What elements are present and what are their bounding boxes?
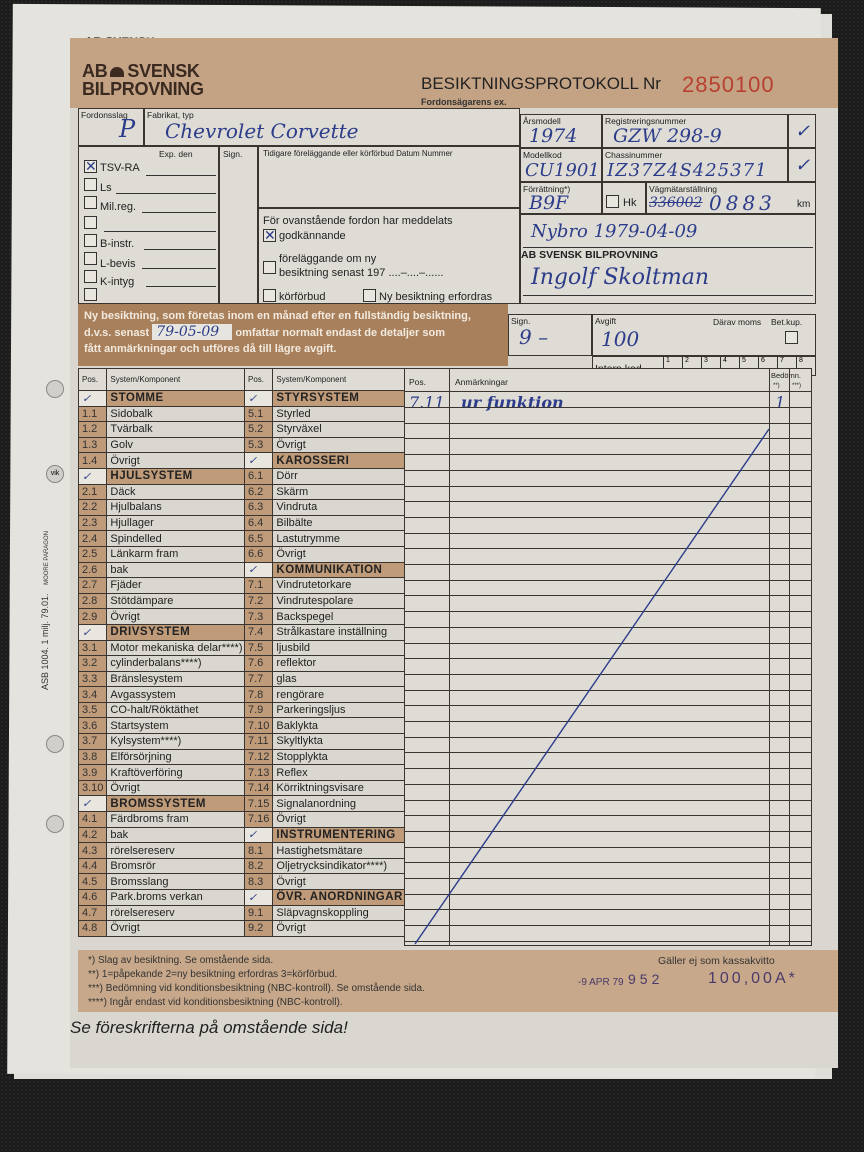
group-check-cell[interactable]: ✓ xyxy=(79,796,107,812)
component-row[interactable]: 7.15Signalanordning xyxy=(245,796,407,812)
underline xyxy=(146,175,216,176)
hk-label: Hk xyxy=(623,197,636,209)
component-label: Bromsslang xyxy=(107,874,246,890)
component-row[interactable]: 7.2Vindrutespolare xyxy=(245,593,407,609)
notice-line-3: fått anmärkningar och utföres då till lä… xyxy=(84,341,502,357)
pos-header: Pos. xyxy=(79,369,107,391)
form-title: BESIKTNINGSPROTOKOLL Nr xyxy=(421,74,661,94)
component-row[interactable]: 6.5Lastutrymme xyxy=(245,531,407,547)
position-cell[interactable]: 2.6 xyxy=(79,562,107,578)
tsv-ra-label: TSV-RA xyxy=(100,162,140,174)
system-group-label: STYRSYSTEM xyxy=(273,391,406,407)
position-cell[interactable]: 7.3 xyxy=(245,609,273,625)
system-group-row[interactable]: ✓STOMME xyxy=(79,391,246,407)
group-check-cell[interactable]: ✓ xyxy=(245,391,273,407)
position-cell[interactable]: 5.2 xyxy=(245,422,273,438)
ls-label: Ls xyxy=(100,182,112,194)
position-cell[interactable]: 7.15 xyxy=(245,796,273,812)
position-cell[interactable]: 3.4 xyxy=(79,687,107,703)
position-cell[interactable]: 6.2 xyxy=(245,484,273,500)
component-label: Övrigt xyxy=(273,812,406,828)
component-row[interactable]: 3.4Avgassystem xyxy=(79,687,246,703)
component-row[interactable]: 7.4Strålkastare inställning xyxy=(245,624,407,640)
component-label: Elförsörjning xyxy=(107,749,246,765)
protocol-number: 2850100 xyxy=(682,72,775,98)
component-label: Vindrutespolare xyxy=(273,593,406,609)
position-cell[interactable]: 4.5 xyxy=(79,874,107,890)
position-cell[interactable]: 2.2 xyxy=(79,500,107,516)
chassis-number-field[interactable]: Chassinummer IZ37Z4S425371 xyxy=(602,148,788,182)
component-row[interactable]: 7.14Körriktningsvisare xyxy=(245,780,407,796)
regnr-value: GZW 298-9 xyxy=(613,125,722,147)
component-label: Signalanordning xyxy=(273,796,406,812)
l-bevis-label: L-bevis xyxy=(100,258,135,270)
payment-sign-field[interactable]: Sign. 9 – xyxy=(508,314,592,356)
component-label: Vindrutetorkare xyxy=(273,578,406,594)
decision-intro: För ovanstående fordon har meddelats xyxy=(263,215,453,227)
position-cell[interactable]: 6.6 xyxy=(245,546,273,562)
position-cell[interactable]: 3.7 xyxy=(79,734,107,750)
component-row[interactable]: 2.8Stötdämpare xyxy=(79,593,246,609)
component-row[interactable]: 4.5Bromsslang xyxy=(79,874,246,890)
position-cell[interactable]: 7.12 xyxy=(245,749,273,765)
system-group-row[interactable]: ✓INSTRUMENTERING xyxy=(245,827,407,843)
previous-orders-label: Tidigare föreläggande eller körförbud Da… xyxy=(263,149,453,158)
position-cell[interactable]: 3.5 xyxy=(79,702,107,718)
receipt-note: Gäller ej som kassakvitto xyxy=(658,954,775,968)
component-row[interactable]: 6.4Bilbälte xyxy=(245,515,407,531)
system-group-row[interactable]: ✓KOMMUNIKATION xyxy=(245,562,407,578)
component-row[interactable]: 7.8rengörare xyxy=(245,687,407,703)
position-cell[interactable]: 7.10 xyxy=(245,718,273,734)
issuer-label: AB SVENSK BILPROVNING xyxy=(521,249,658,261)
sign-column: Sign. xyxy=(218,146,258,304)
component-label: Skyltlykta xyxy=(273,734,406,750)
bet-kup-checkbox[interactable] xyxy=(785,331,798,344)
component-row[interactable]: 2.4Spindelled xyxy=(79,531,246,547)
fee-field[interactable]: Avgift 100 Därav moms Bet.kup. xyxy=(592,314,816,356)
component-row[interactable]: 7.5ljusbild xyxy=(245,640,407,656)
component-label: cylinderbalans****) xyxy=(107,656,246,672)
component-label: Däck xyxy=(107,484,246,500)
component-row[interactable]: 5.1Styrled xyxy=(245,406,407,422)
component-label: Stötdämpare xyxy=(107,593,246,609)
position-cell[interactable]: 3.9 xyxy=(79,765,107,781)
component-row[interactable]: 2.2Hjulbalans xyxy=(79,500,246,516)
component-row[interactable]: 2.9Övrigt xyxy=(79,609,246,625)
component-row[interactable]: 6.3Vindruta xyxy=(245,500,407,516)
system-group-row[interactable]: ✓STYRSYSTEM xyxy=(245,391,407,407)
stamp-amount: 100,00A* xyxy=(708,972,798,986)
component-row[interactable]: 7.10Baklykta xyxy=(245,718,407,734)
position-cell[interactable]: 3.2 xyxy=(79,656,107,672)
component-row[interactable]: 3.5CO-halt/Röktäthet xyxy=(79,702,246,718)
component-label: Bränslesystem xyxy=(107,671,246,687)
footnote-4: ****) Ingår endast vid konditionsbesiktn… xyxy=(88,996,828,1010)
regnr-check-box[interactable]: ✓ xyxy=(788,114,816,148)
modellkod-value: CU1901 xyxy=(525,160,600,181)
component-row[interactable]: 8.1Hastighetsmätare xyxy=(245,843,407,859)
position-cell[interactable]: 4.2 xyxy=(79,827,107,843)
component-row[interactable]: 7.7glas xyxy=(245,671,407,687)
component-label: Övrigt xyxy=(273,546,406,562)
place-date: Nybro 1979-04-09 xyxy=(531,221,697,242)
component-row[interactable]: 1.2Tvärbalk xyxy=(79,422,246,438)
component-row[interactable]: 4.2bak xyxy=(79,827,246,843)
vik-label: vik xyxy=(51,470,60,477)
notice-line-2-post: omfattar normalt endast de detaljer som xyxy=(235,327,445,339)
strike-through-line xyxy=(405,369,813,947)
bet-kup-label: Bet.kup. xyxy=(771,317,802,327)
logo-bilprovning: BILPROVNING xyxy=(82,79,204,99)
component-row[interactable]: 8.2Oljetrycksindikator****) xyxy=(245,858,407,874)
group-check-cell[interactable]: ✓ xyxy=(79,468,107,484)
mil-reg-checkbox[interactable] xyxy=(84,196,97,209)
component-label: Backspegel xyxy=(273,609,406,625)
vat-label: Därav moms xyxy=(713,317,761,327)
l-bevis-checkbox[interactable] xyxy=(84,252,97,265)
underline xyxy=(104,231,216,232)
fabrikat-field[interactable]: Fabrikat, typ Chevrolet Corvette xyxy=(144,108,520,146)
component-row[interactable]: 2.7Fjäder xyxy=(79,578,246,594)
group-check-cell[interactable]: ✓ xyxy=(245,890,273,906)
system-group-row[interactable]: ✓HJULSYSTEM xyxy=(79,468,246,484)
component-row[interactable]: 7.1Vindrutetorkare xyxy=(245,578,407,594)
component-label: Skärm xyxy=(273,484,406,500)
company-logo: ABSVENSK BILPROVNING xyxy=(82,62,204,98)
system-group-label: HJULSYSTEM xyxy=(107,468,246,484)
modellkod-field[interactable]: Modellkod CU1901 xyxy=(520,148,602,182)
component-label: Bilbälte xyxy=(273,515,406,531)
blank-checkbox[interactable] xyxy=(84,216,97,229)
component-row[interactable]: 7.3Backspegel xyxy=(245,609,407,625)
position-cell[interactable]: 4.1 xyxy=(79,812,107,828)
system-group-label: KOMMUNIKATION xyxy=(273,562,406,578)
component-label: Motor mekaniska delar****) xyxy=(107,640,246,656)
position-cell[interactable]: 6.1 xyxy=(245,468,273,484)
position-cell[interactable]: 7.5 xyxy=(245,640,273,656)
km-label: km xyxy=(797,199,810,210)
position-cell[interactable]: 8.3 xyxy=(245,874,273,890)
position-cell[interactable]: 4.6 xyxy=(79,890,107,906)
component-label: Avgassystem xyxy=(107,687,246,703)
component-row[interactable]: 4.8Övrigt xyxy=(79,921,246,937)
printer-name: MOORE PARAGON xyxy=(44,531,50,585)
component-row[interactable]: 5.3Övrigt xyxy=(245,437,407,453)
component-label: Startsystem xyxy=(107,718,246,734)
component-label: CO-halt/Röktäthet xyxy=(107,702,246,718)
component-row[interactable]: 2.5Länkarm fram xyxy=(79,546,246,562)
hk-field[interactable]: Hk xyxy=(602,182,646,214)
component-row[interactable]: 3.3Bränslesystem xyxy=(79,671,246,687)
group-check-cell[interactable]: ✓ xyxy=(245,827,273,843)
component-label: Sidobalk xyxy=(107,406,246,422)
position-cell[interactable]: 2.4 xyxy=(79,531,107,547)
position-cell[interactable]: 3.3 xyxy=(79,671,107,687)
component-label: Styrled xyxy=(273,406,406,422)
forelaggande-checkbox[interactable] xyxy=(263,261,276,274)
ny-besiktning-label: Ny besiktning erfordras xyxy=(379,291,492,303)
component-label: Reflex xyxy=(273,765,406,781)
logo-ab: AB xyxy=(82,61,107,81)
forrattning-field[interactable]: Förrättning*) B9F xyxy=(520,182,602,214)
component-label: Övrigt xyxy=(107,921,246,937)
modellkod-label: Modellkod xyxy=(523,150,562,160)
component-label: Färdbroms fram xyxy=(107,812,246,828)
underline xyxy=(142,268,216,269)
print-code: ASB 1004. 1 milj. 79.01. MOORE PARAGON xyxy=(40,531,50,690)
position-cell[interactable]: 7.8 xyxy=(245,687,273,703)
component-label: bak xyxy=(107,562,246,578)
fee-label: Avgift xyxy=(595,316,616,326)
ls-checkbox[interactable] xyxy=(84,178,97,191)
component-row[interactable]: 3.1Motor mekaniska delar****) xyxy=(79,640,246,656)
binder-hole xyxy=(46,380,64,398)
component-row[interactable]: 9.2Övrigt xyxy=(245,921,407,937)
chassis-check-box[interactable]: ✓ xyxy=(788,148,816,182)
position-cell[interactable]: 2.9 xyxy=(79,609,107,625)
component-row[interactable]: 4.6Park.broms verkan xyxy=(79,890,246,906)
component-label: Hjulbalans xyxy=(107,500,246,516)
position-cell[interactable]: 9.1 xyxy=(245,905,273,921)
system-group-row[interactable]: ✓BROMSSYSTEM xyxy=(79,796,246,812)
component-row[interactable]: 3.7Kylsystem****) xyxy=(79,734,246,750)
component-row[interactable]: 5.2Styrväxel xyxy=(245,422,407,438)
remarks-area[interactable]: Pos. Anmärkningar Bedömn. **) ***) 7.11 … xyxy=(404,368,812,946)
k-intyg-checkbox[interactable] xyxy=(84,270,97,283)
position-cell[interactable]: 7.11 xyxy=(245,734,273,750)
sign-column-label: Sign. xyxy=(223,149,242,159)
position-cell[interactable]: 7.9 xyxy=(245,702,273,718)
component-label: Stopplykta xyxy=(273,749,406,765)
binder-hole xyxy=(46,735,64,753)
fabrikat-value: Chevrolet Corvette xyxy=(165,119,359,143)
component-row[interactable]: 9.1Släpvagnskoppling xyxy=(245,905,407,921)
component-label: Övrigt xyxy=(273,437,406,453)
group-check-cell[interactable]: ✓ xyxy=(245,562,273,578)
component-row[interactable]: 7.11Skyltlykta xyxy=(245,734,407,750)
side-print: ASB 1004. 1 milj. 79.01. xyxy=(40,593,50,690)
b-instr-checkbox[interactable] xyxy=(84,234,97,247)
system-header: System/Komponent xyxy=(273,369,406,391)
component-row[interactable]: 4.7rörelsereserv xyxy=(79,905,246,921)
component-label: Fjäder xyxy=(107,578,246,594)
component-row[interactable]: 2.6bak xyxy=(79,562,246,578)
position-cell[interactable]: 7.13 xyxy=(245,765,273,781)
position-cell[interactable]: 3.1 xyxy=(79,640,107,656)
component-row[interactable]: 2.3Hjullager xyxy=(79,515,246,531)
position-cell[interactable]: 7.4 xyxy=(245,624,273,640)
component-row[interactable]: 4.3rörelsereserv xyxy=(79,843,246,859)
fee-value: 100 xyxy=(601,327,639,351)
system-group-row[interactable]: ✓KAROSSERI xyxy=(245,453,407,469)
odometer-struck-value: 336002 xyxy=(649,195,702,211)
component-row[interactable]: 6.2Skärm xyxy=(245,484,407,500)
component-label: Övrigt xyxy=(273,921,406,937)
inspector-signature: Ingolf Skoltman xyxy=(531,265,709,290)
godkannande-label: godkännande xyxy=(279,230,346,242)
group-check-cell[interactable]: ✓ xyxy=(79,624,107,640)
registration-number-field[interactable]: Registreringsnummer GZW 298-9 xyxy=(602,114,788,148)
position-cell[interactable]: 8.2 xyxy=(245,858,273,874)
component-row[interactable]: 4.1Färdbroms fram xyxy=(79,812,246,828)
component-label: bak xyxy=(107,827,246,843)
underline xyxy=(144,249,216,250)
arsmodell-field[interactable]: Årsmodell 1974 xyxy=(520,114,602,148)
component-label: Hjullager xyxy=(107,515,246,531)
component-row[interactable]: 7.13Reflex xyxy=(245,765,407,781)
position-cell[interactable]: 2.5 xyxy=(79,546,107,562)
component-row[interactable]: 4.4Bromsrör xyxy=(79,858,246,874)
logo-svensk: SVENSK xyxy=(127,61,199,81)
check-mark-icon: ✓ xyxy=(795,121,810,142)
component-label: reflektor xyxy=(273,656,406,672)
position-cell[interactable]: 1.3 xyxy=(79,437,107,453)
position-cell[interactable]: 2.7 xyxy=(79,578,107,594)
stamp-date: -9 APR 79 xyxy=(578,976,624,990)
component-label: rörelsereserv xyxy=(107,905,246,921)
system-group-label: INSTRUMENTERING xyxy=(273,827,406,843)
position-cell[interactable]: 3.6 xyxy=(79,718,107,734)
k-intyg-label: K-intyg xyxy=(100,276,134,288)
godkannande-checkbox[interactable] xyxy=(263,229,276,242)
fordonsslag-value: P xyxy=(119,115,135,143)
component-label: Baklykta xyxy=(273,718,406,734)
component-row[interactable]: 3.2cylinderbalans****) xyxy=(79,656,246,672)
component-row[interactable]: 3.8Elförsörjning xyxy=(79,749,246,765)
component-label: rörelsereserv xyxy=(107,843,246,859)
system-header: System/Komponent xyxy=(107,369,246,391)
position-cell[interactable]: 6.4 xyxy=(245,515,273,531)
component-label: Golv xyxy=(107,437,246,453)
component-label: Kraftöverföring xyxy=(107,765,246,781)
ny-besiktning-checkbox[interactable] xyxy=(363,289,376,302)
hk-checkbox[interactable] xyxy=(606,195,619,208)
fordonsslag-field[interactable]: Fordonsslag P xyxy=(78,108,144,146)
reinspection-deadline: 79-05-09 xyxy=(152,324,232,340)
position-cell[interactable]: 7.16 xyxy=(245,812,273,828)
position-cell[interactable]: 2.3 xyxy=(79,515,107,531)
position-cell[interactable]: 3.8 xyxy=(79,749,107,765)
component-label: Parkeringsljus xyxy=(273,702,406,718)
position-cell[interactable]: 4.7 xyxy=(79,905,107,921)
tsv-ra-checkbox[interactable] xyxy=(84,160,97,173)
inspection-protocol-form: ABSVENSK BILPROVNING BESIKTNINGSPROTOKOL… xyxy=(70,38,838,1068)
component-label: Övrigt xyxy=(107,453,246,469)
system-group-row[interactable]: ✓ÖVR. ANORDNINGAR xyxy=(245,890,407,906)
payment-sign-value: 9 – xyxy=(519,325,548,349)
position-cell[interactable]: 9.2 xyxy=(245,921,273,937)
exp-den-label: Exp. den xyxy=(159,149,193,159)
notice-line-1: Ny besiktning, som företas inom en månad… xyxy=(84,308,502,324)
component-label: Släpvagnskoppling xyxy=(273,905,406,921)
previous-orders-field[interactable]: Tidigare föreläggande eller körförbud Da… xyxy=(258,146,520,208)
odometer-value: 0883 xyxy=(709,191,776,215)
component-row[interactable]: 1.3Golv xyxy=(79,437,246,453)
chassi-value: IZ37Z4S425371 xyxy=(607,160,768,181)
component-row[interactable]: 1.4Övrigt xyxy=(79,453,246,469)
group-check-cell[interactable]: ✓ xyxy=(245,453,273,469)
position-cell[interactable]: 5.1 xyxy=(245,406,273,422)
blank-2-checkbox[interactable] xyxy=(84,288,97,301)
component-label: Oljetrycksindikator****) xyxy=(273,858,406,874)
position-cell[interactable]: 4.4 xyxy=(79,858,107,874)
position-cell[interactable]: 4.8 xyxy=(79,921,107,937)
component-label: Park.broms verkan xyxy=(107,890,246,906)
component-label: Tvärbalk xyxy=(107,422,246,438)
component-row[interactable]: 7.12Stopplykta xyxy=(245,749,407,765)
logo-emblem-icon xyxy=(110,67,124,77)
korforbud-checkbox[interactable] xyxy=(263,289,276,302)
component-row[interactable]: 8.3Övrigt xyxy=(245,874,407,890)
position-cell[interactable]: 4.3 xyxy=(79,843,107,859)
position-cell[interactable]: 8.1 xyxy=(245,843,273,859)
signature-block: Nybro 1979-04-09 AB SVENSK BILPROVNING I… xyxy=(520,214,816,304)
underline xyxy=(142,212,216,213)
component-label: Styrväxel xyxy=(273,422,406,438)
position-cell[interactable]: 6.3 xyxy=(245,500,273,516)
component-row[interactable]: 3.9Kraftöverföring xyxy=(79,765,246,781)
component-label: Kylsystem****) xyxy=(107,734,246,750)
position-cell[interactable]: 7.2 xyxy=(245,593,273,609)
component-row[interactable]: 2.1Däck xyxy=(79,484,246,500)
check-mark-icon: ✓ xyxy=(795,155,810,176)
component-label: Dörr xyxy=(273,468,406,484)
position-cell[interactable]: 7.7 xyxy=(245,671,273,687)
component-row[interactable]: 3.10Övrigt xyxy=(79,780,246,796)
component-row[interactable]: 3.6Startsystem xyxy=(79,718,246,734)
component-row[interactable]: 7.6reflektor xyxy=(245,656,407,672)
forelaggande-label-2: besiktning senast 197 ....–....–...... xyxy=(279,267,443,279)
odometer-label: Vägmätarställning xyxy=(649,184,717,194)
component-label: Lastutrymme xyxy=(273,531,406,547)
b-instr-label: B-instr. xyxy=(100,238,134,250)
component-row[interactable]: 7.16Övrigt xyxy=(245,812,407,828)
component-label: Strålkastare inställning xyxy=(273,624,406,640)
reinspection-notice: Ny besiktning, som företas inom en månad… xyxy=(78,304,508,366)
component-label: rengörare xyxy=(273,687,406,703)
mil-reg-label: Mil.reg. xyxy=(100,201,136,213)
system-group-label: KAROSSERI xyxy=(273,453,406,469)
system-table-left: Pos. System/Komponent ✓STOMME1.1Sidobalk… xyxy=(78,368,246,937)
position-cell[interactable]: 1.2 xyxy=(79,422,107,438)
group-check-cell[interactable]: ✓ xyxy=(79,391,107,407)
position-cell[interactable]: 7.1 xyxy=(245,578,273,594)
component-label: ljusbild xyxy=(273,640,406,656)
component-label: Övrigt xyxy=(107,609,246,625)
fold-mark: vik xyxy=(46,465,64,483)
position-cell[interactable]: 1.4 xyxy=(79,453,107,469)
position-cell[interactable]: 2.1 xyxy=(79,484,107,500)
system-group-row[interactable]: ✓DRIVSYSTEM xyxy=(79,624,246,640)
notice-line-2-pre: d.v.s. senast xyxy=(84,327,149,339)
stamp-code: 952 xyxy=(628,972,663,986)
odometer-field[interactable]: Vägmätarställning 336002 0883 km xyxy=(646,182,816,214)
position-cell[interactable]: 2.8 xyxy=(79,593,107,609)
position-cell[interactable]: 1.1 xyxy=(79,406,107,422)
underline xyxy=(116,193,216,194)
position-cell[interactable]: 5.3 xyxy=(245,437,273,453)
position-cell[interactable]: 7.14 xyxy=(245,780,273,796)
component-row[interactable]: 6.1Dörr xyxy=(245,468,407,484)
component-row[interactable]: 6.6Övrigt xyxy=(245,546,407,562)
component-row[interactable]: 1.1Sidobalk xyxy=(79,406,246,422)
position-cell[interactable]: 6.5 xyxy=(245,531,273,547)
component-row[interactable]: 7.9Parkeringsljus xyxy=(245,702,407,718)
position-cell[interactable]: 7.6 xyxy=(245,656,273,672)
component-label: Bromsrör xyxy=(107,858,246,874)
position-cell[interactable]: 3.10 xyxy=(79,780,107,796)
